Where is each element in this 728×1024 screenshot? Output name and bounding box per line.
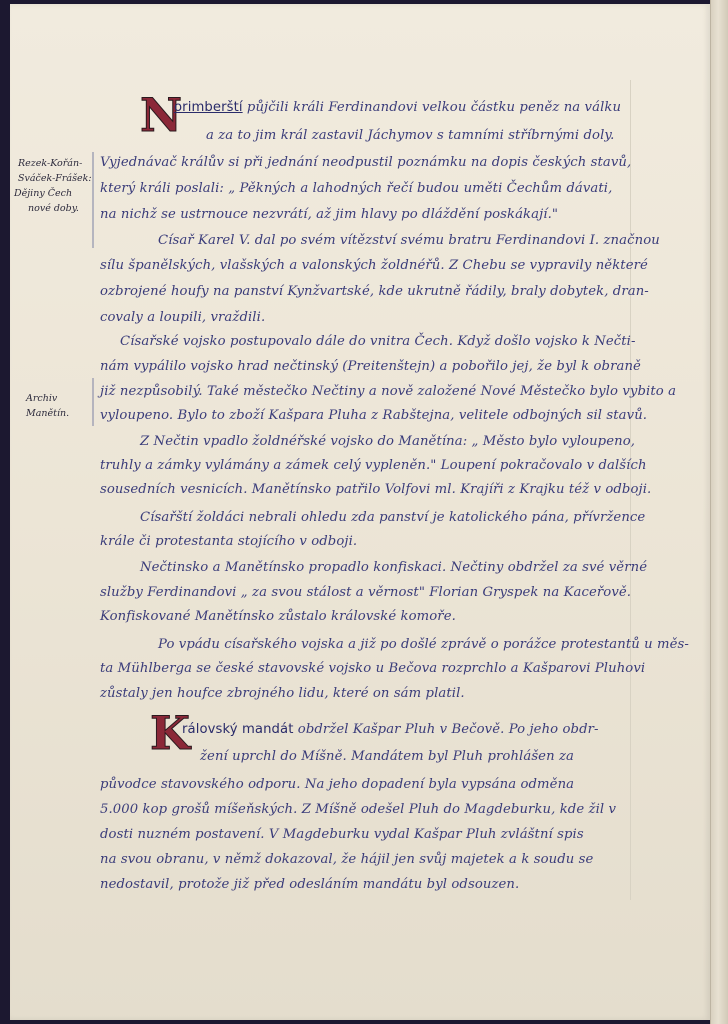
margin-note-source: Rezek-Kořán- Sváček-Frášek: Dějiny Čech … (18, 156, 92, 216)
text-span: obdržel Kašpar Pluh v Bečově. Po jeho ob… (293, 722, 598, 737)
text-line: původce stavovského odporu. Na jeho dopa… (100, 775, 574, 795)
margin-note-line: Dějiny Čech (14, 186, 92, 201)
heading-word: rálovský mandát (182, 722, 293, 737)
text-line: Nečtinsko a Manětínsko propadlo konfiska… (140, 558, 647, 578)
text-line: sílu španělských, vlašských a valonských… (100, 256, 648, 276)
margin-note-archive: Archiv Manětín. (26, 391, 69, 421)
text-line: Konfiskované Manětínsko zůstalo královsk… (100, 607, 456, 627)
margin-note-line: Sváček-Frášek: (18, 171, 92, 186)
text-line: Vyjednávač králův si při jednání neodpus… (100, 153, 631, 173)
text-line: krále či protestanta stojícího v odboji. (100, 532, 357, 552)
margin-note-line: nové doby. (28, 201, 92, 216)
text-line: vyloupeno. Bylo to zboží Kašpara Pluha z… (100, 406, 647, 426)
text-line: sousedních vesnicích. Manětínsko patřilo… (100, 480, 651, 500)
margin-note-line: Manětín. (26, 406, 69, 421)
text-line: covaly a loupili, vraždili. (100, 308, 265, 328)
text-line: a za to jim král zastavil Jáchymov s tam… (206, 126, 614, 146)
text-line: Císařští žoldáci nebrali ohledu zda pans… (140, 508, 645, 528)
text-line: rálovský mandát obdržel Kašpar Pluh v Be… (182, 720, 599, 740)
text-line: Císařské vojsko postupovalo dále do vnit… (120, 332, 636, 352)
text-line: ozbrojené houfy na panství Kynžvartské, … (100, 282, 649, 302)
margin-note-bracket (92, 152, 94, 248)
text-line: který králi poslali: „ Pěkných a lahodný… (100, 179, 612, 199)
next-page-edge (710, 0, 728, 1024)
text-line: ta Mühlberga se české stavovské vojsko u… (100, 659, 645, 679)
text-line: nám vypálilo vojsko hrad nečtinský (Prei… (100, 357, 641, 377)
text-span: půjčili králi Ferdinandovi velkou částku… (243, 100, 621, 115)
text-line: dosti nuzném postavení. V Magdeburku vyd… (100, 825, 584, 845)
text-line: na nichž se ustrnouce nezvrátí, až jim h… (100, 205, 558, 225)
text-line: truhly a zámky vylámány a zámek celý vyp… (100, 456, 647, 476)
margin-note-line: Archiv (26, 391, 69, 406)
heading-word: orimberští (174, 100, 243, 115)
margin-note-bracket (92, 378, 94, 426)
text-line: žení uprchl do Míšně. Mandátem byl Pluh … (200, 747, 574, 767)
text-line: Po vpádu císařského vojska a již po došl… (158, 635, 689, 655)
text-line: na svou obranu, v němž dokazoval, že háj… (100, 850, 593, 870)
text-line: již nezpůsobilý. Také městečko Nečtiny a… (100, 382, 676, 402)
text-line: Z Nečtin vpadlo žoldnéřské vojsko do Man… (140, 432, 635, 452)
margin-note-line: Rezek-Kořán- (18, 156, 92, 171)
text-line: služby Ferdinandovi „ za svou stálost a … (100, 583, 631, 603)
text-line: orimberští půjčili králi Ferdinandovi ve… (174, 98, 621, 118)
text-line: zůstaly jen houfce zbrojného lidu, které… (100, 684, 465, 704)
text-line: Císař Karel V. dal po svém vítězství své… (158, 231, 660, 251)
text-line: nedostavil, protože již před odesláním m… (100, 875, 519, 895)
text-line: 5.000 kop grošů míšeňských. Z Míšně odeš… (100, 800, 616, 820)
